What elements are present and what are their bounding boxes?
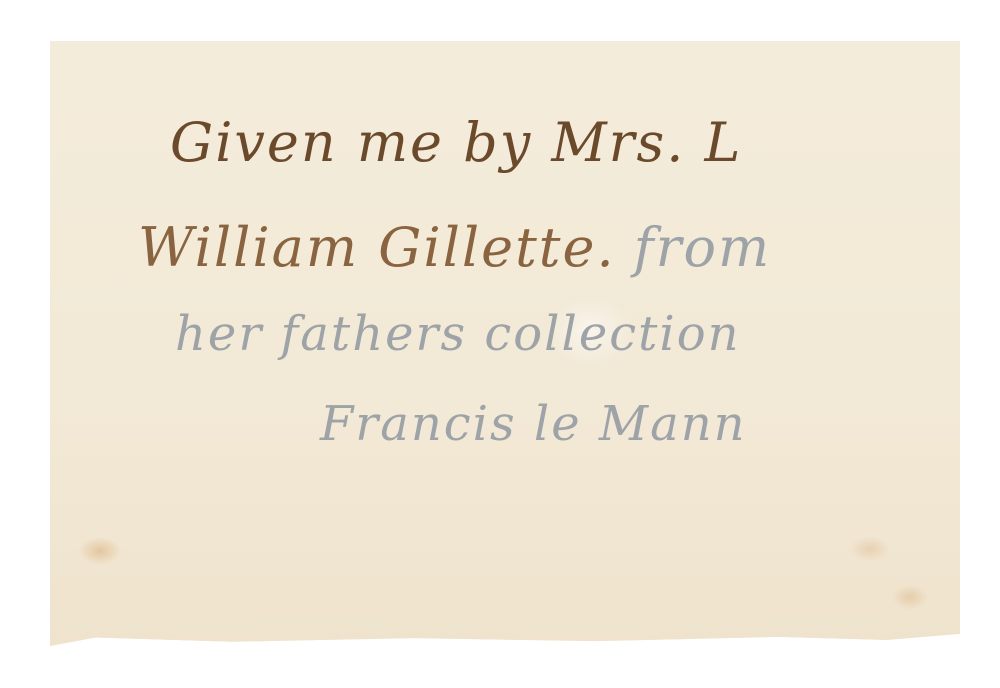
handwritten-line-1: Given me by Mrs. L <box>170 111 742 174</box>
note-paper: Given me by Mrs. L William Gillette.from… <box>50 41 960 646</box>
name-text: William Gillette. <box>138 216 616 279</box>
handwritten-line-4: Francis le Mann <box>320 396 747 452</box>
handwritten-line-2: William Gillette.from <box>138 216 771 279</box>
handwritten-line-3: her fathers collection <box>175 306 741 362</box>
from-text: from <box>634 216 772 279</box>
